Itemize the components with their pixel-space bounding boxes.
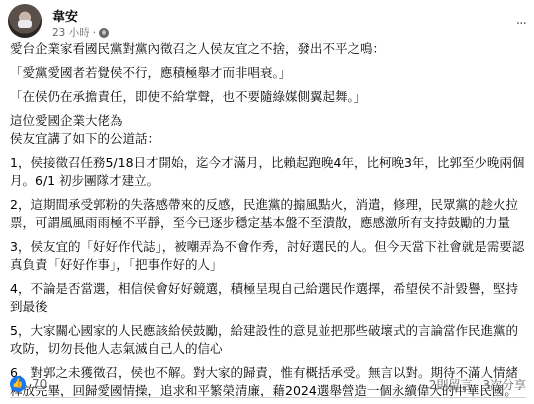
lead-text-1: 這位愛國企業大佬為 [10,112,526,130]
avatar[interactable] [8,4,42,38]
author-name[interactable]: 韋安 [52,6,78,25]
footer-divider [10,397,526,398]
point-1: 1，侯接徵召任務5/18日才開始，迄今才滿月，比賴起跑晚4年，比柯晚3年，比郭至… [10,154,526,190]
point-5: 5，大家關心國家的人民應該給侯鼓勵，給建設性的意見並把那些破壞式的言論當作民進黨… [10,322,526,358]
globe-icon[interactable] [99,28,109,38]
intro-text: 愛台企業家看國民黨對黨內徵召之人侯友宜之不捨，發出不平之鳴： [10,40,526,58]
quote-2: 「在侯仍在承擔責任，即使不給掌聲，也不要隨綠媒側翼起舞。」 [10,88,526,106]
reactions[interactable]: 👍 70 [10,376,47,392]
quote-1: 「愛黨愛國者若覺侯不行，應積極舉才而非唱衰。」 [10,64,526,82]
face-mask-decoration [18,20,32,28]
post-footer: 👍 70 2則留言 3次分享 [10,374,526,394]
more-options-button[interactable]: ··· [516,16,526,32]
meta-separator: · [93,27,96,39]
like-count[interactable]: 70 [32,377,47,391]
lead-text-2: 侯友宜講了如下的公道話： [10,130,526,148]
post-content: 愛台企業家看國民黨對黨內徵召之人侯友宜之不捨，發出不平之鳴： 「愛黨愛國者若覺侯… [10,40,526,404]
timestamp[interactable]: 23 小時 [52,25,90,40]
point-2: 2，這期間承受郭粉的失落感帶來的反感，民進黨的搧風點火，消遣，修理，民眾黨的趁火… [10,196,526,232]
post-meta: 23 小時 · [52,25,109,40]
point-4: 4，不論是否當選，相信侯會好好競選，積極呈現自己給選民作選擇，希望侯不計毀譽，堅… [10,280,526,316]
comments-count[interactable]: 2則留言 [429,376,473,393]
point-3: 3，侯友宜的「好好作代誌」，被嘲弄為不會作秀，討好選民的人。但今天當下社會就是需… [10,238,526,274]
post-stats: 2則留言 3次分享 [429,376,526,393]
shares-count[interactable]: 3次分享 [482,376,526,393]
post-header: 韋安 23 小時 · ··· [8,4,528,40]
like-icon: 👍 [10,376,26,392]
